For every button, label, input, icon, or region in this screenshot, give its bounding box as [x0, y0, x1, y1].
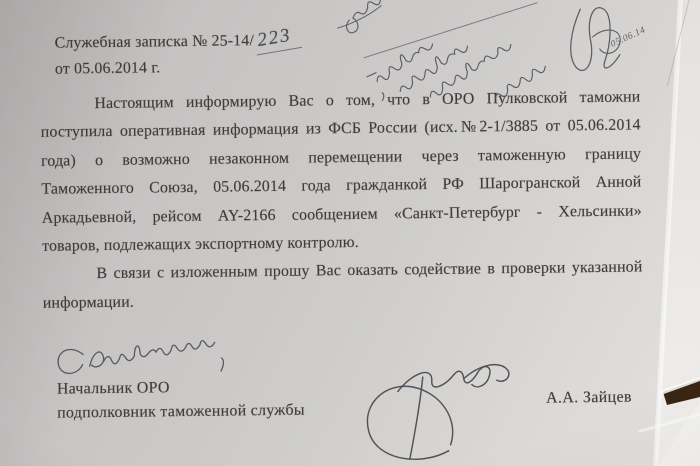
memo-body: Настоящим информирую Вас о том, что в ОР… — [40, 88, 643, 322]
signature-oval — [367, 386, 453, 460]
signature-flourish — [464, 365, 509, 382]
signer-position-line1: Начальник ОРО — [57, 379, 170, 398]
resolution-word-fragment — [339, 0, 402, 35]
closing-handwriting — [57, 340, 223, 379]
signer-name: А.А. Зайцев — [546, 389, 632, 408]
paper-crease-line — [666, 0, 690, 86]
resolution-scribble-row — [371, 41, 438, 84]
memo-document: Служебная записка № 25-14/223 от 05.06.2… — [0, 0, 700, 466]
memo-number-handwritten: 223 — [253, 21, 302, 55]
resolution-date-note: 05.06.14 — [609, 25, 647, 50]
memo-header: Служебная записка № 25-14/223 от 05.06.2… — [54, 27, 300, 82]
resolution-scribble-row — [393, 43, 473, 93]
body-line: информации. — [43, 287, 643, 323]
signature-zigzag — [398, 367, 491, 392]
closing-stroke — [89, 352, 104, 367]
signature-vertical-stroke — [409, 377, 424, 459]
closing-letter-c — [58, 349, 85, 374]
closing-scribble — [103, 340, 216, 364]
memo-title: Служебная записка № 25-14/ — [55, 32, 255, 51]
memo-title-line: Служебная записка № 25-14/223 — [54, 27, 300, 57]
memo-date: от 05.06.2014 г. — [55, 54, 301, 82]
resolution-diagonal-line — [363, 3, 538, 58]
resolution-underline-flourish — [337, 6, 381, 29]
zaytsev-signature — [367, 365, 510, 460]
resolution-annotation — [337, 0, 690, 103]
signer-position-line2: подполковник таможенной службы — [57, 402, 305, 423]
memo-photo: Служебная записка № 25-14/223 от 05.06.2… — [0, 0, 700, 466]
resolution-dash — [367, 73, 376, 77]
closing-comma — [220, 358, 223, 371]
